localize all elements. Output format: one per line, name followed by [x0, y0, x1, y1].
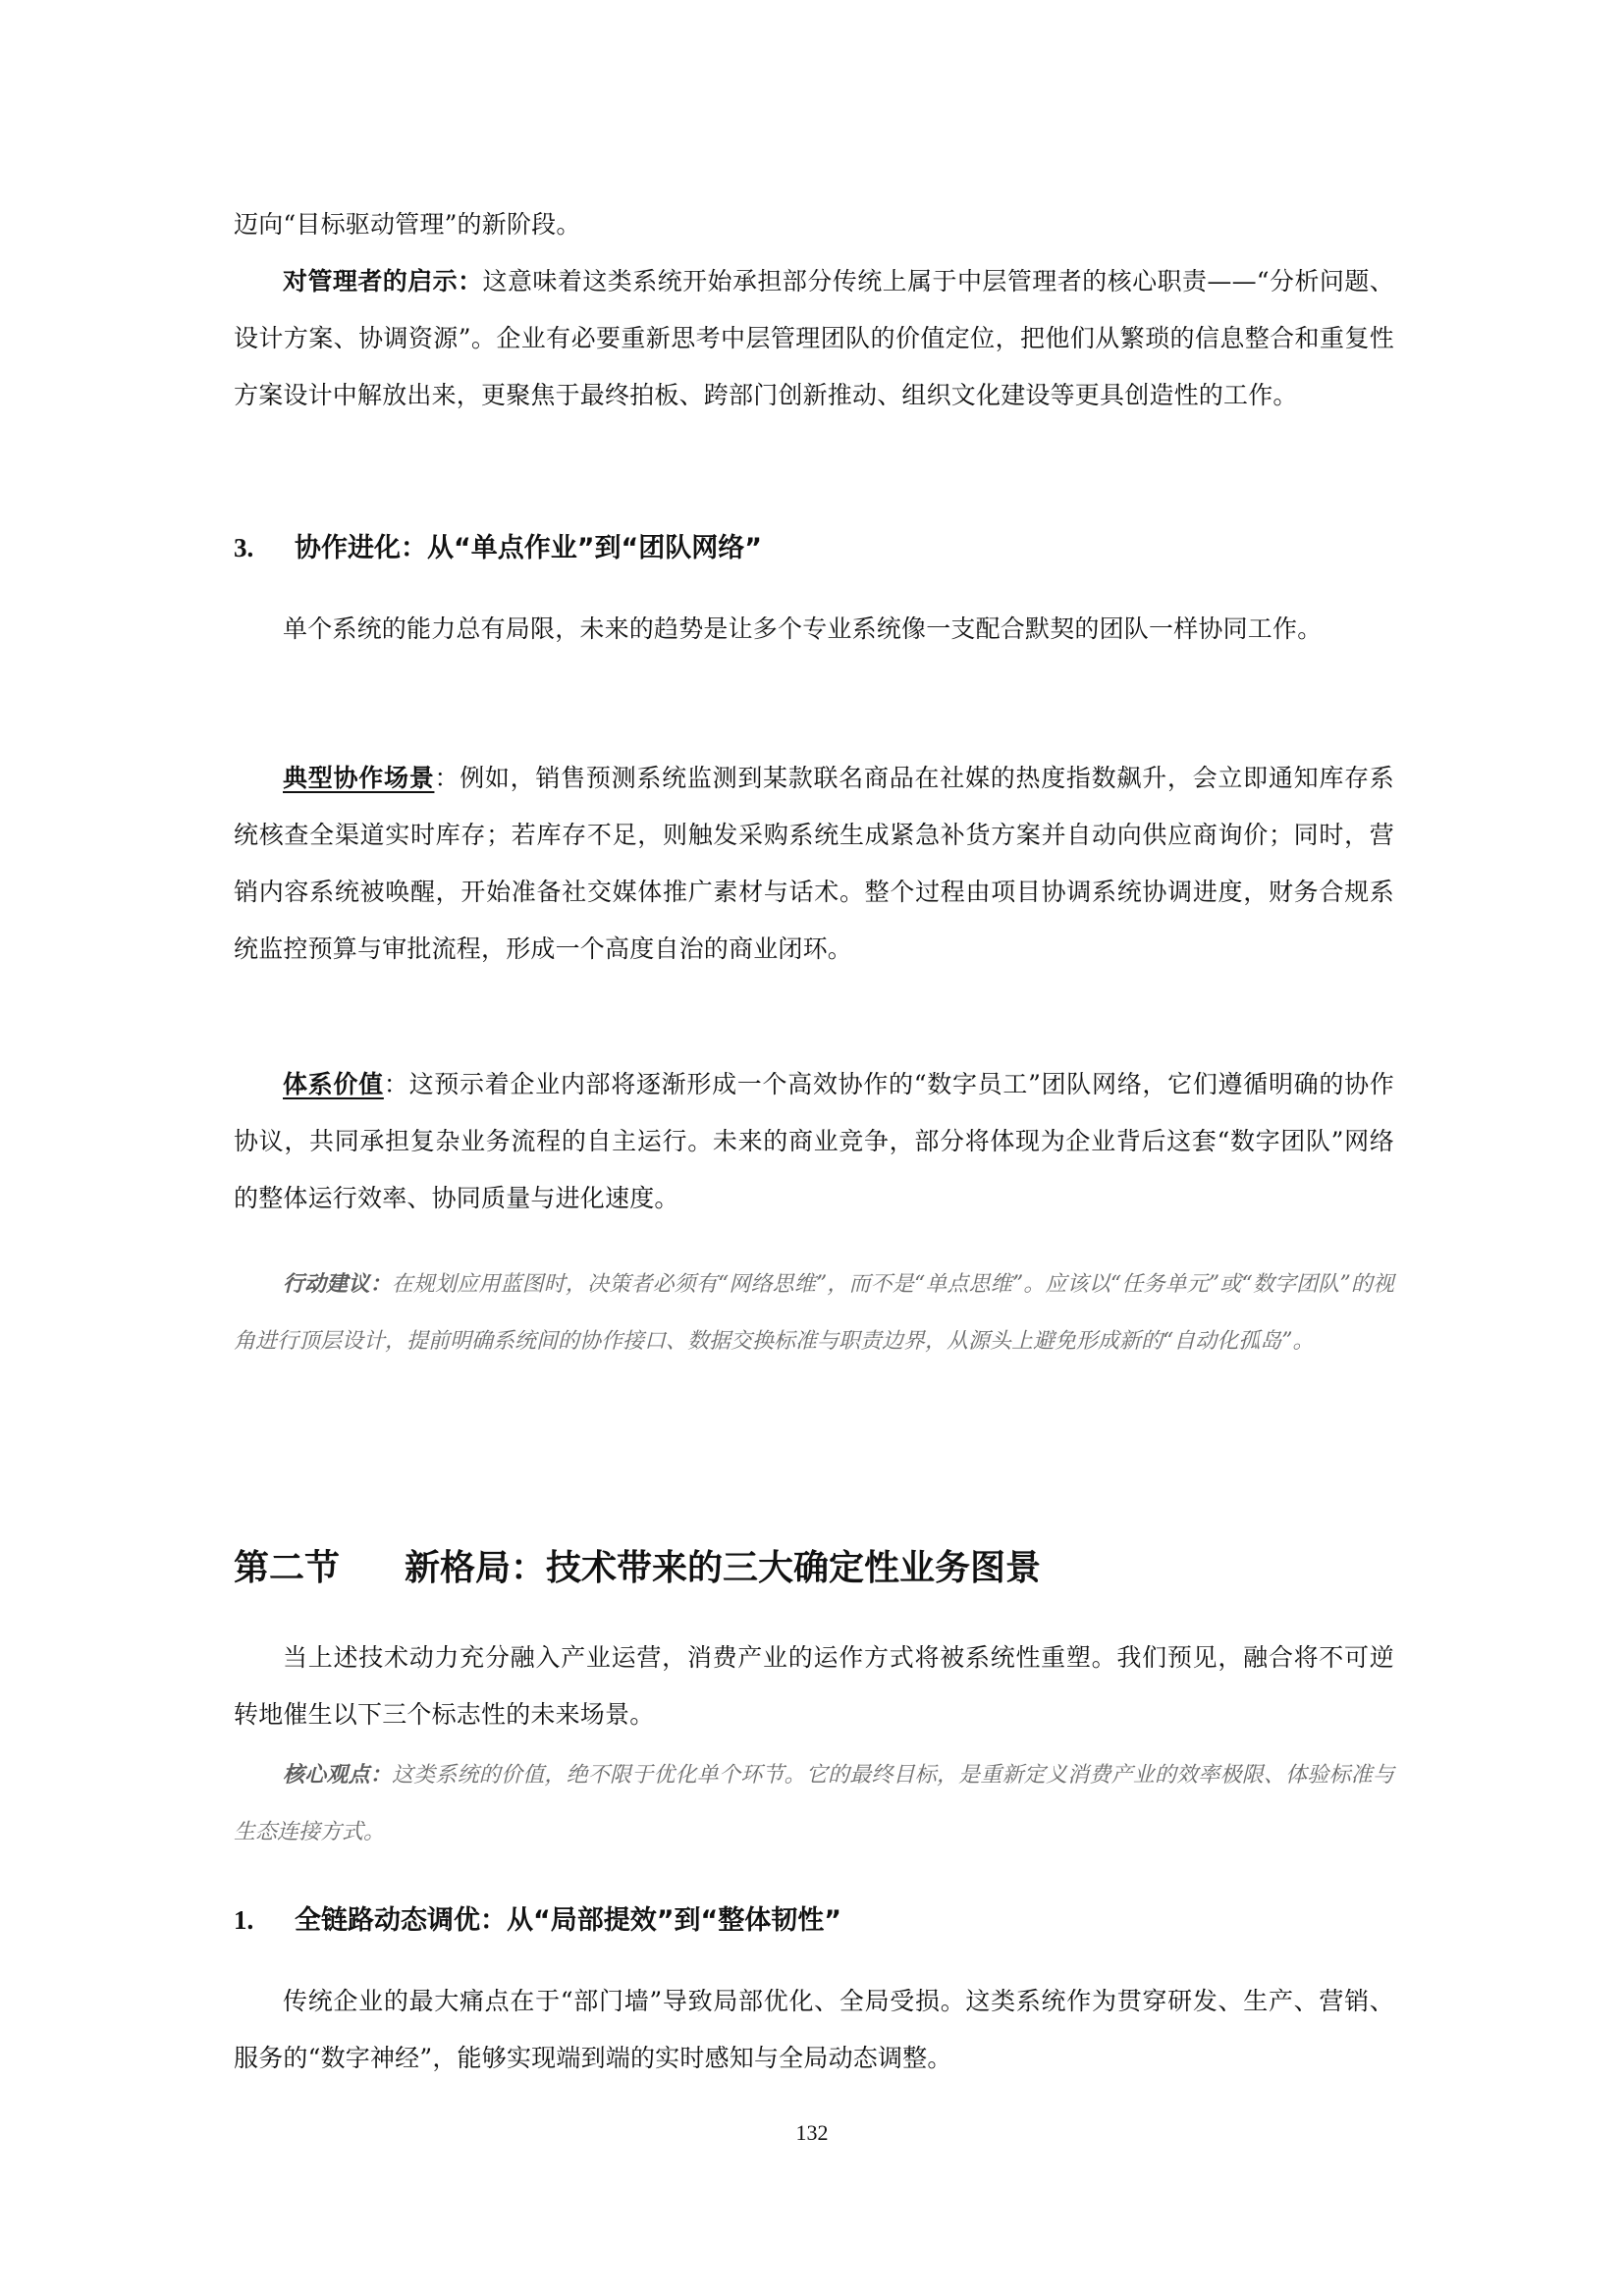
paragraph-label: 典型协作场景 — [283, 764, 434, 792]
paragraph-text: 当上述技术动力充分融入产业运营，消费产业的运作方式将被系统性重塑。我们预见，融合… — [234, 1643, 1394, 1729]
paragraph-text: 传统企业的最大痛点在于“部门墙”导致局部优化、全局受损。这类系统作为贯穿研发、生… — [234, 1987, 1394, 2072]
note-action-suggestion: 行动建议：在规划应用蓝图时，决策者必须有“网络思维”，而不是“单点思维”。应该以… — [234, 1256, 1394, 1370]
heading-title: 协作进化：从“单点作业”到“团队网络” — [295, 533, 762, 563]
paragraph-colon: ： — [384, 1070, 409, 1098]
section-number: 第二节 — [234, 1544, 405, 1593]
section-heading: 第二节新格局：技术带来的三大确定性业务图景 — [234, 1544, 1041, 1593]
paragraph-manager-insight: 对管理者的启示：这意味着这类系统开始承担部分传统上属于中层管理者的核心职责——“… — [234, 253, 1394, 424]
paragraph-collaboration-intro: 单个系统的能力总有局限，未来的趋势是让多个专业系统像一支配合默契的团队一样协同工… — [234, 601, 1394, 658]
paragraph-continuation: 迈向“目标驱动管理”的新阶段。 — [234, 196, 1394, 253]
page-number: 132 — [0, 2120, 1624, 2146]
paragraph-text: 单个系统的能力总有局限，未来的趋势是让多个专业系统像一支配合默契的团队一样协同工… — [283, 614, 1322, 643]
paragraph-collaboration-scenario: 典型协作场景：例如，销售预测系统监测到某款联名商品在社媒的热度指数飙升，会立即通… — [234, 750, 1394, 978]
subsection-heading-3: 3.协作进化：从“单点作业”到“团队网络” — [234, 528, 762, 568]
paragraph-text: 例如，销售预测系统监测到某款联名商品在社媒的热度指数飙升，会立即通知库存系统核查… — [234, 764, 1394, 963]
note-core-view: 核心观点：这类系统的价值，绝不限于优化单个环节。它的最终目标，是重新定义消费产业… — [234, 1747, 1394, 1861]
paragraph-colon: ： — [434, 764, 460, 792]
note-label: 行动建议： — [283, 1272, 392, 1297]
note-text: 在规划应用蓝图时，决策者必须有“网络思维”，而不是“单点思维”。应该以“任务单元… — [234, 1272, 1394, 1354]
paragraph-label: 对管理者的启示： — [283, 267, 483, 295]
paragraph-text: 迈向“目标驱动管理”的新阶段。 — [234, 210, 581, 239]
paragraph-section-intro: 当上述技术动力充分融入产业运营，消费产业的运作方式将被系统性重塑。我们预见，融合… — [234, 1629, 1394, 1743]
heading-number: 1. — [234, 1900, 295, 1940]
note-text: 这类系统的价值，绝不限于优化单个环节。它的最终目标，是重新定义消费产业的效率极限… — [234, 1763, 1394, 1844]
section-title: 新格局：技术带来的三大确定性业务图景 — [405, 1548, 1041, 1588]
subsection-heading-1: 1.全链路动态调优：从“局部提效”到“整体韧性” — [234, 1900, 841, 1941]
heading-title: 全链路动态调优：从“局部提效”到“整体韧性” — [295, 1905, 841, 1936]
paragraph-system-value: 体系价值：这预示着企业内部将逐渐形成一个高效协作的“数字员工”团队网络，它们遵循… — [234, 1056, 1394, 1227]
paragraph-fullchain: 传统企业的最大痛点在于“部门墙”导致局部优化、全局受损。这类系统作为贯穿研发、生… — [234, 1973, 1394, 2087]
paragraph-label: 体系价值 — [283, 1070, 384, 1098]
heading-number: 3. — [234, 528, 295, 567]
note-label: 核心观点： — [283, 1763, 392, 1788]
